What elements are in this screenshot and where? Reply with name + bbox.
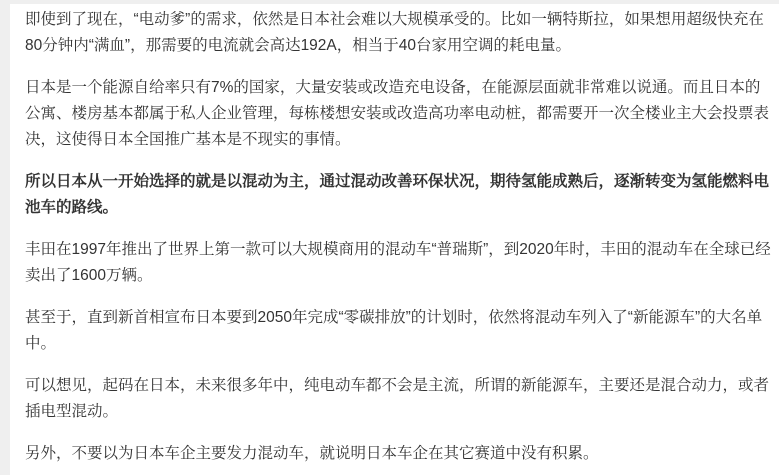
paragraph: 可以想见，起码在日本，未来很多年中，纯电动车都不会是主流，所谓的新能源车，主要还…: [25, 373, 771, 425]
paragraph: 日本是一个能源自给率只有7%的国家，大量安装或改造充电设备，在能源层面就非常难以…: [25, 75, 771, 153]
article-body: 即使到了现在，“电动爹”的需求，依然是日本社会难以大规模承受的。比如一辆特斯拉，…: [25, 4, 771, 475]
page-edge-strip-left: [0, 0, 10, 475]
paragraph: 另外，不要以为日本车企主要发力混动车，就说明日本车企在其它赛道中没有积累。: [25, 441, 771, 467]
paragraph: 丰田在1997年推出了世界上第一款可以大规模商用的混动车“普瑞斯”，到2020年…: [25, 237, 771, 289]
paragraph: 即使到了现在，“电动爹”的需求，依然是日本社会难以大规模承受的。比如一辆特斯拉，…: [25, 7, 771, 59]
paragraph: 甚至于，直到新首相宣布日本要到2050年完成“零碳排放”的计划时，依然将混动车列…: [25, 305, 771, 357]
paragraph: 所以日本从一开始选择的就是以混动为主，通过混动改善环保状况，期待氢能成熟后，逐渐…: [25, 169, 771, 221]
